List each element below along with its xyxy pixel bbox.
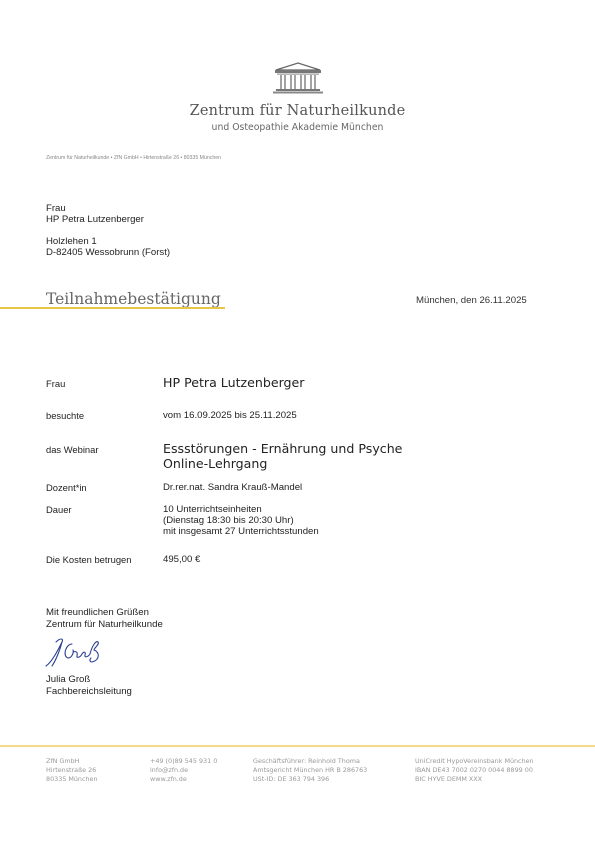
detail-label-attended: besuchte	[46, 410, 84, 421]
footer-bic: BIC HYVE DEMM XXX	[415, 775, 534, 784]
detail-label-cost: Die Kosten betrugen	[46, 554, 131, 565]
handwritten-signature-icon	[42, 636, 104, 670]
recipient-street: Holzlehen 1	[46, 236, 170, 247]
closing-organization: Zentrum für Naturheilkunde	[46, 619, 163, 631]
footer-bank-name: UniCredit HypoVereinsbank München	[415, 757, 534, 766]
recipient-name: HP Petra Lutzenberger	[46, 214, 170, 225]
detail-value-webinar: Essstörungen - Ernährung und Psyche Onli…	[163, 441, 402, 471]
footer-register: Amtsgericht München HR B 286763	[253, 766, 367, 775]
footer-email-link[interactable]: info@zfn.de	[150, 766, 217, 775]
detail-label-duration: Dauer	[46, 504, 72, 515]
document-date: München, den 26.11.2025	[416, 295, 527, 306]
title-underline	[0, 307, 225, 309]
signer-name: Julia Groß	[46, 674, 132, 686]
recipient-salutation: Frau	[46, 203, 170, 214]
recipient-address: Frau HP Petra Lutzenberger Holzlehen 1 D…	[46, 203, 170, 258]
detail-value-cost: 495,00 €	[163, 554, 200, 565]
footer-phone: +49 (0)89 545 931 0	[150, 757, 217, 766]
footer-contact: +49 (0)89 545 931 0 info@zfn.de www.zfn.…	[150, 757, 217, 784]
sender-return-address: Zentrum für Naturheilkunde • ZfN GmbH • …	[46, 155, 221, 161]
footer-company-name: ZfN GmbH	[46, 757, 98, 766]
document-title: Teilnahmebestätigung	[46, 290, 221, 308]
recipient-city: D-82405 Wessobrunn (Forst)	[46, 247, 170, 258]
footer-bank: UniCredit HypoVereinsbank München IBAN D…	[415, 757, 534, 784]
footer-legal: Geschäftsführer: Reinhold Thoma Amtsgeri…	[253, 757, 367, 784]
webinar-format: Online-Lehrgang	[163, 456, 402, 471]
detail-value-period: vom 16.09.2025 bis 25.11.2025	[163, 410, 297, 421]
duration-hours: mit insgesamt 27 Unterrichtsstunden	[163, 526, 319, 537]
footer-company: ZfN GmbH Hirtenstraße 26 80335 München	[46, 757, 98, 784]
detail-label-lecturer: Dozent*in	[46, 482, 87, 493]
footer-company-city: 80335 München	[46, 775, 98, 784]
footer-divider	[0, 745, 595, 747]
webinar-title: Essstörungen - Ernährung und Psyche	[163, 441, 402, 456]
footer-iban: IBAN DE43 7002 0270 0044 8899 00	[415, 766, 534, 775]
detail-value-duration: 10 Unterrichtseinheiten (Dienstag 18:30 …	[163, 504, 319, 537]
footer-vat-id: USt-ID: DE 363 794 396	[253, 775, 367, 784]
closing-greeting: Mit freundlichen Grüßen	[46, 607, 163, 619]
duration-units: 10 Unterrichtseinheiten	[163, 504, 319, 515]
footer-website-link[interactable]: www.zfn.de	[150, 775, 217, 784]
detail-value-participant: HP Petra Lutzenberger	[163, 375, 304, 390]
duration-schedule: (Dienstag 18:30 bis 20:30 Uhr)	[163, 515, 319, 526]
brand-subtitle: und Osteopathie Akademie München	[0, 122, 595, 133]
closing-block: Mit freundlichen Grüßen Zentrum für Natu…	[46, 607, 163, 631]
signer-block: Julia Groß Fachbereichsleitung	[46, 674, 132, 698]
detail-label-salutation: Frau	[46, 378, 65, 389]
footer-company-street: Hirtenstraße 26	[46, 766, 98, 775]
brand-title: Zentrum für Naturheilkunde	[0, 103, 595, 119]
footer-managing-director: Geschäftsführer: Reinhold Thoma	[253, 757, 367, 766]
signer-role: Fachbereichsleitung	[46, 686, 132, 698]
detail-value-lecturer: Dr.rer.nat. Sandra Krauß-Mandel	[163, 482, 302, 493]
detail-label-webinar: das Webinar	[46, 444, 98, 455]
temple-icon	[270, 62, 326, 94]
